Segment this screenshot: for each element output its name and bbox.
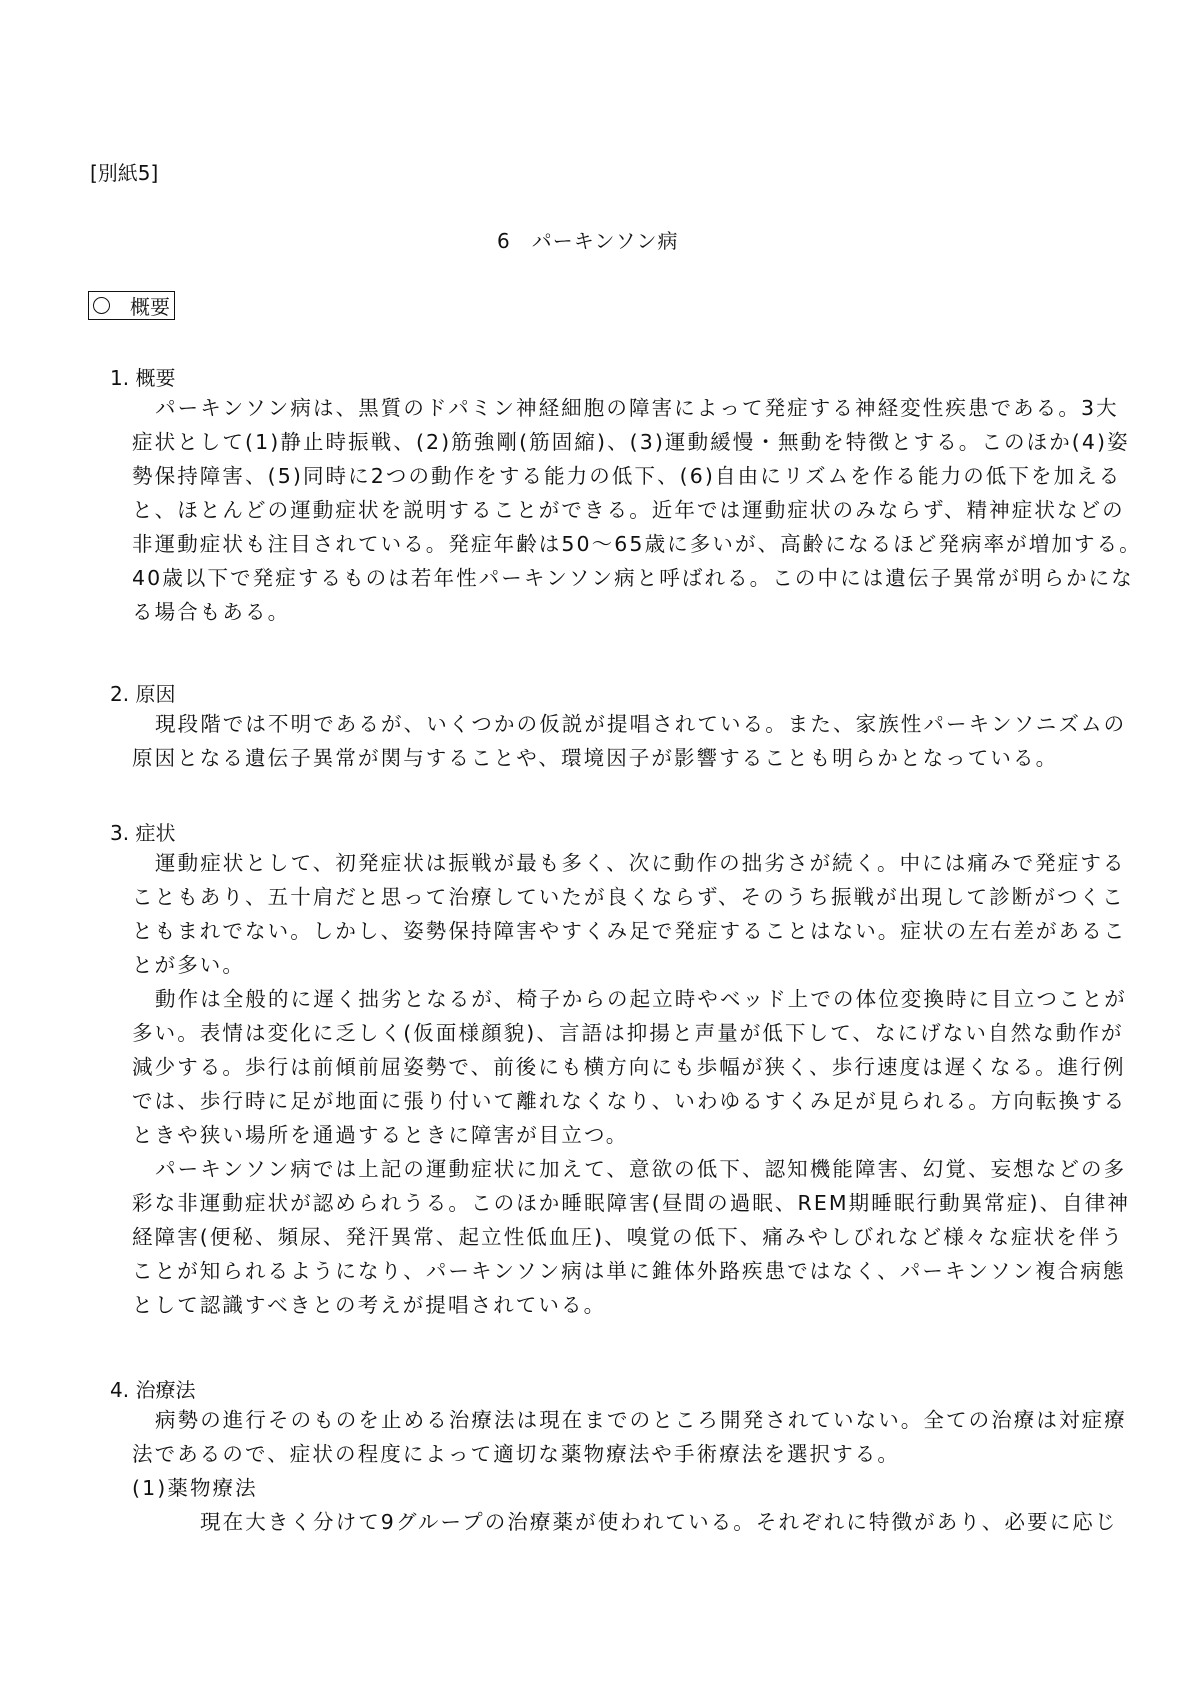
circle-icon (93, 297, 110, 314)
paragraph-line: 症状として(1)静止時振戦、(2)筋強剛(筋固縮)、(3)運動緩慢・無動を特徴と… (132, 425, 1130, 459)
paragraph-line: と、ほとんどの運動症状を説明することができる。近年では運動症状のみならず、精神症… (132, 493, 1125, 527)
overview-label: 概要 (130, 291, 170, 320)
paragraph-line: 彩な非運動症状が認められうる。このほか睡眠障害(昼間の過眠、REM期睡眠行動異常… (132, 1186, 1130, 1220)
overview-box: 概要 (88, 291, 175, 320)
attachment-label: [別紙5] (90, 157, 158, 186)
paragraph-line: パーキンソン病では上記の運動症状に加えて、意欲の低下、認知機能障害、幻覚、妄想な… (155, 1152, 1126, 1186)
section-heading-treatment: 4. 治療法 (110, 1374, 195, 1403)
paragraph-line: 経障害(便秘、頻尿、発汗異常、起立性低血圧)、嗅覚の低下、痛みやしびれなど様々な… (132, 1220, 1124, 1254)
paragraph-line: ときや狭い場所を通過するときに障害が目立つ。 (132, 1118, 628, 1152)
section-heading-symptoms: 3. 症状 (110, 817, 175, 846)
paragraph-line: 非運動症状も注目されている。発症年齢は50～65歳に多いが、高齢になるほど発病率… (132, 527, 1142, 561)
paragraph-line: 勢保持障害、(5)同時に2つの動作をする能力の低下、(6)自由にリズムを作る能力… (132, 459, 1121, 493)
paragraph-line: パーキンソン病は、黒質のドパミン神経細胞の障害によって発症する神経変性疾患である… (155, 391, 1119, 425)
paragraph-line: では、歩行時に足が地面に張り付いて離れなくなり、いわゆるすくみ足が見られる。方向… (132, 1084, 1126, 1118)
paragraph-line: ともまれでない。しかし、姿勢保持障害やすくみ足で発症することはない。症状の左右差… (132, 914, 1126, 948)
paragraph-line: る場合もある。 (132, 595, 290, 629)
section-heading-cause: 2. 原因 (110, 678, 175, 707)
paragraph-line: 病勢の進行そのものを止める治療法は現在までのところ開発されていない。全ての治療は… (155, 1403, 1127, 1437)
subsection-heading-medication: (1)薬物療法 (132, 1471, 258, 1505)
paragraph-line: として認識すべきとの考えが提唱されている。 (132, 1288, 606, 1322)
paragraph-line: とが多い。 (132, 948, 245, 982)
paragraph-line: 現在大きく分けて9グループの治療薬が使われている。それぞれに特徴があり、必要に応… (200, 1505, 1118, 1539)
document-title: 6 パーキンソン病 (497, 225, 679, 254)
paragraph-line: 原因となる遺伝子異常が関与することや、環境因子が影響することも明らかとなっている… (132, 741, 1058, 775)
paragraph-line: 法であるので、症状の程度によって適切な薬物療法や手術療法を選択する。 (132, 1437, 900, 1471)
paragraph-line: 減少する。歩行は前傾前屈姿勢で、前後にも横方向にも歩幅が狭く、歩行速度は遅くなる… (132, 1050, 1126, 1084)
paragraph-line: ことが知られるようになり、パーキンソン病は単に錐体外路疾患ではなく、パーキンソン… (132, 1254, 1126, 1288)
paragraph-line: 多い。表情は変化に乏しく(仮面様顔貌)、言語は抑揚と声量が低下して、なにげない自… (132, 1016, 1124, 1050)
paragraph-line: 動作は全般的に遅く拙劣となるが、椅子からの起立時やベッド上での体位変換時に目立つ… (155, 982, 1127, 1016)
paragraph-line: 現段階では不明であるが、いくつかの仮説が提唱されている。また、家族性パーキンソニ… (155, 707, 1126, 741)
paragraph-line: 運動症状として、初発症状は振戦が最も多く、次に動作の拙劣さが続く。中には痛みで発… (155, 846, 1126, 880)
paragraph-line: こともあり、五十肩だと思って治療していたが良くならず、そのうち振戦が出現して診断… (132, 880, 1125, 914)
section-heading-overview: 1. 概要 (110, 362, 175, 391)
paragraph-line: 40歳以下で発症するものは若年性パーキンソン病と呼ばれる。この中には遺伝子異常が… (132, 561, 1134, 595)
